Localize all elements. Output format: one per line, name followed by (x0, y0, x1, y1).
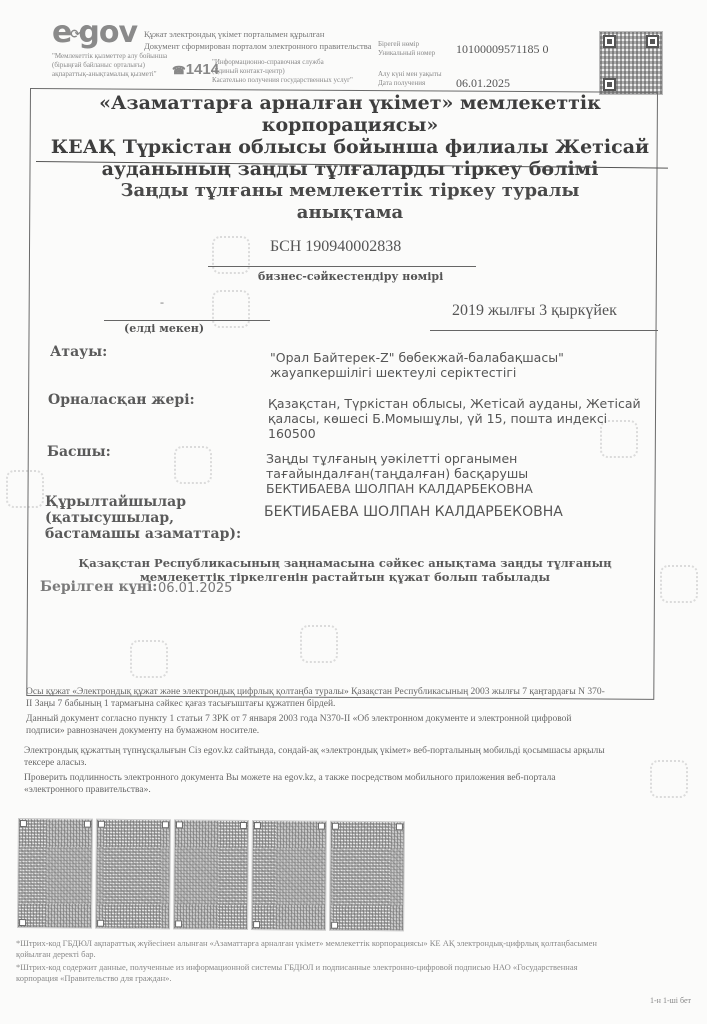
issuer-line: «Азаматтарға арналған үкімет» мемлекетті… (40, 92, 660, 136)
watermark-ornament-icon (660, 565, 698, 603)
value-line: 160500 (268, 426, 648, 441)
receipt-date: 06.01.2025 (456, 76, 510, 91)
contact-note-line: Касательно получения государственных усл… (212, 76, 353, 85)
2d-barcode-icon (329, 821, 405, 932)
portal-note-ru: Документ сформирован порталом электронно… (144, 40, 371, 52)
service-note-line: (бірыңғай байланыс орталығы) (52, 61, 172, 70)
equivalence-note-kz: Осы құжат «Электрондық құжат және электр… (26, 686, 676, 710)
receipt-date-label: Алу күні мен уақыты Дата получения (378, 70, 442, 88)
field-label-head: Басшы: (47, 444, 111, 460)
portal-note-kz: Құжат электрондық үкімет порталымен құры… (144, 28, 371, 40)
fine-line: подписи» равнозначен документу на бумажн… (26, 725, 676, 737)
document-title: Заңды тұлғаны мемлекеттік тіркеу туралы … (40, 180, 660, 224)
unique-number: 10100009571185 0 (456, 42, 549, 57)
unique-number-label: Бірегей нөмір Уникальный номер (378, 40, 435, 58)
field-value-head: Заңды тұлғаның уәкілетті органымен тағай… (266, 451, 646, 496)
bin-number: БСН 190940002838 (270, 238, 401, 256)
page-number: 1-н 1-ші бет (650, 996, 691, 1005)
label-line: (қатысушылар, (45, 510, 241, 526)
verify-note-ru: Проверить подлинность электронного докум… (24, 772, 674, 796)
fine-line: Проверить подлинность электронного докум… (24, 772, 674, 784)
2d-barcode-icon (251, 820, 327, 931)
contact-center-note: "Информационно-справочная служба (Единый… (212, 58, 353, 85)
value-line: Қазақстан, Түркістан облысы, Жетісай ауд… (268, 396, 648, 411)
field-label-name: Атауы: (50, 344, 107, 360)
fine-line: Данный документ согласно пункту 1 статьи… (26, 713, 676, 725)
qr-finder (603, 35, 616, 48)
barcode-strip (17, 818, 405, 931)
unique-number-label-kz: Бірегей нөмір (378, 40, 435, 49)
contact-note-line: (Единый контакт-центр) (212, 67, 353, 76)
bin-caption: бизнес-сәйкестендіру нөмірі (258, 270, 443, 283)
value-line: "Орал Байтерек-Z" бөбекжай-балабақшасы" (270, 350, 650, 365)
logo-e: e (52, 15, 71, 50)
service-note-line: "Мемлекеттік қызметтер алу бойынша (52, 52, 172, 61)
label-line: бастамашы азаматтар): (45, 526, 241, 542)
notice-line: Қазақстан Республикасының заңнамасына сә… (40, 556, 650, 570)
fine-line: Осы құжат «Электрондық құжат және электр… (26, 686, 676, 698)
value-line: БЕКТИБАЕВА ШОЛПАН КАЛДАРБЕКОВНА (264, 504, 644, 521)
portal-note: Құжат электрондық үкімет порталымен құры… (144, 28, 371, 52)
value-line: қаласы, көшесі Б.Момышұлы, үй 15, пошта … (268, 411, 648, 426)
qr-finder (646, 35, 659, 48)
foot-line: *Штрих-код ГБДЮЛ ақпараттық жүйесінен ал… (16, 938, 696, 949)
service-note-line: ақпараттық-анықтамалық қызметі" (52, 70, 172, 79)
locality-caption: (елді мекен) (124, 322, 204, 335)
issued-date-label: Берілген күні: (40, 579, 157, 595)
2d-barcode-icon (17, 818, 93, 929)
title-line: анықтама (40, 202, 660, 224)
receipt-date-label-kz: Алу күні мен уақыты (378, 70, 442, 79)
issued-date: 06.01.2025 (158, 581, 232, 596)
issuer-line: КЕАҚ Түркістан облысы бойынша филиалы Же… (40, 136, 660, 158)
fine-line: Электрондық құжаттың түпнұсқалығын Сіз e… (24, 745, 674, 757)
qr-code-icon (599, 31, 663, 95)
fine-line: тексере аласыз. (24, 757, 674, 769)
equivalence-note-ru: Данный документ согласно пункту 1 статьи… (26, 713, 676, 737)
label-line: Құрылтайшылар (45, 494, 241, 510)
contact-note-line: "Информационно-справочная служба (212, 58, 353, 67)
field-value-founders: БЕКТИБАЕВА ШОЛПАН КАЛДАРБЕКОВНА (264, 504, 644, 521)
2d-barcode-icon (95, 819, 171, 930)
field-value-name: "Орал Байтерек-Z" бөбекжай-балабақшасы" … (270, 350, 650, 380)
logo-gov: gov (78, 15, 137, 50)
registration-date: 2019 жылғы 3 қыркүйек (452, 302, 617, 320)
title-line: Заңды тұлғаны мемлекеттік тіркеу туралы (40, 180, 660, 202)
value-line: тағайындалған(таңдалған) басқарушы (266, 466, 646, 481)
foot-line: қойылған деректі бар. (16, 949, 696, 960)
receipt-date-label-ru: Дата получения (378, 79, 442, 88)
foot-line: *Штрих-код содержит данные, полученные и… (16, 962, 696, 973)
value-line: Заңды тұлғаның уәкілетті органымен (266, 451, 646, 466)
barcode-note-ru: *Штрих-код содержит данные, полученные и… (16, 962, 696, 984)
2d-barcode-icon (173, 819, 249, 930)
verify-note-kz: Электрондық құжаттың түпнұсқалығын Сіз e… (24, 745, 674, 769)
barcode-note-kz: *Штрих-код ГБДЮЛ ақпараттық жүйесінен ал… (16, 938, 696, 960)
service-note: "Мемлекеттік қызметтер алу бойынша (біры… (52, 52, 172, 79)
qr-finder (603, 78, 616, 91)
field-value-location: Қазақстан, Түркістан облысы, Жетісай ауд… (268, 396, 648, 441)
fine-line: «электронного правительства». (24, 784, 674, 796)
foot-line: корпорация «Правительство для граждан». (16, 973, 696, 984)
divider (208, 266, 476, 267)
divider (430, 330, 658, 331)
value-line: жауапкершілігі шектеулі серіктестігі (270, 365, 650, 380)
locality-value: - (160, 295, 164, 310)
field-label-founders: Құрылтайшылар (қатысушылар, бастамашы аз… (45, 494, 241, 542)
egov-logo: e⟳gov (52, 18, 137, 49)
unique-number-label-ru: Уникальный номер (378, 49, 435, 58)
phone-icon: ☎ (172, 65, 186, 77)
fine-line: II Заңы 7 бабының 1 тармағына сәйкес қағ… (26, 698, 676, 710)
value-line: БЕКТИБАЕВА ШОЛПАН КАЛДАРБЕКОВНА (266, 481, 646, 496)
divider (104, 320, 270, 321)
field-label-location: Орналасқан жері: (48, 392, 195, 408)
